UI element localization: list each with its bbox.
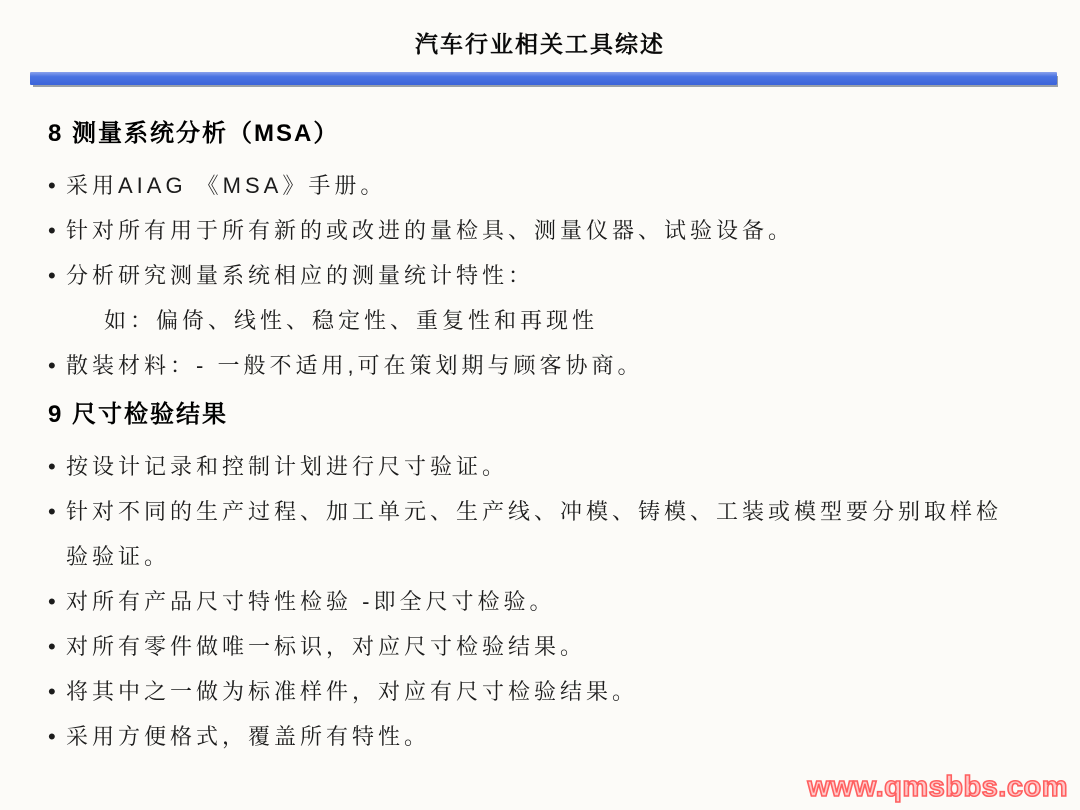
page-title: 汽车行业相关工具综述 [0, 0, 1080, 59]
section-msa-heading: 8 测量系统分析（MSA） [0, 120, 1080, 149]
list-item: • 采用方便格式，覆盖所有特性。 [48, 714, 1018, 759]
bullet-icon: • [48, 579, 66, 624]
section-msa-bullet-list: • 采用AIAG 《MSA》手册。 • 针对所有用于所有新的或改进的量检具、测量… [0, 163, 1018, 388]
list-item: • 将其中之一做为标准样件，对应有尺寸检验结果。 [48, 669, 1018, 714]
bullet-icon: • [48, 624, 66, 669]
bullet-icon: • [48, 253, 66, 298]
list-item-text: 针对所有用于所有新的或改进的量检具、测量仪器、试验设备。 [66, 208, 1018, 253]
bullet-icon: • [48, 489, 66, 579]
list-item-text: 如：偏倚、线性、稳定性、重复性和再现性 [104, 298, 1018, 343]
list-item-text: 散装材料：- 一般不适用,可在策划期与顾客协商。 [66, 343, 1018, 388]
list-item: • 针对所有用于所有新的或改进的量检具、测量仪器、试验设备。 [48, 208, 1018, 253]
bullet-icon: • [48, 444, 66, 489]
list-item-text: 采用方便格式，覆盖所有特性。 [66, 714, 1018, 759]
list-item-text: 对所有产品尺寸特性检验 -即全尺寸检验。 [66, 579, 1018, 624]
section-dimensional-results: 9 尺寸检验结果 • 按设计记录和控制计划进行尺寸验证。 • 针对不同的生产过程… [0, 401, 1080, 759]
bullet-icon: • [48, 208, 66, 253]
list-item-text: 采用AIAG 《MSA》手册。 [66, 163, 1018, 208]
divider-bar [30, 72, 1057, 85]
list-item: • 对所有产品尺寸特性检验 -即全尺寸检验。 [48, 579, 1018, 624]
list-item: • 按设计记录和控制计划进行尺寸验证。 [48, 444, 1018, 489]
section-dimensional-bullet-list: • 按设计记录和控制计划进行尺寸验证。 • 针对不同的生产过程、加工单元、生产线… [0, 444, 1018, 759]
list-item: • 分析研究测量系统相应的测量统计特性： [48, 253, 1018, 298]
bullet-icon: • [48, 669, 66, 714]
list-item-text: 分析研究测量系统相应的测量统计特性： [66, 253, 1018, 298]
bullet-icon: • [48, 343, 66, 388]
bullet-icon: • [48, 714, 66, 759]
list-item-text: 针对不同的生产过程、加工单元、生产线、冲模、铸模、工装或模型要分别取样检验验证。 [66, 489, 1018, 579]
section-msa: 8 测量系统分析（MSA） • 采用AIAG 《MSA》手册。 • 针对所有用于… [0, 120, 1080, 388]
list-item-text: 按设计记录和控制计划进行尺寸验证。 [66, 444, 1018, 489]
bullet-icon: • [48, 163, 66, 208]
list-item-text: 将其中之一做为标准样件，对应有尺寸检验结果。 [66, 669, 1018, 714]
slide: 汽车行业相关工具综述 8 测量系统分析（MSA） • 采用AIAG 《MSA》手… [0, 0, 1080, 759]
list-item: • 散装材料：- 一般不适用,可在策划期与顾客协商。 [48, 343, 1018, 388]
section-dimensional-heading: 9 尺寸检验结果 [0, 401, 1080, 430]
list-item: • 针对不同的生产过程、加工单元、生产线、冲模、铸模、工装或模型要分别取样检验验… [48, 489, 1018, 579]
list-item-text: 对所有零件做唯一标识，对应尺寸检验结果。 [66, 624, 1018, 669]
watermark: www.qmsbbs.com [807, 771, 1068, 804]
list-item: • 采用AIAG 《MSA》手册。 [48, 163, 1018, 208]
list-item: • 对所有零件做唯一标识，对应尺寸检验结果。 [48, 624, 1018, 669]
list-item-sub: 如：偏倚、线性、稳定性、重复性和再现性 [48, 298, 1018, 343]
